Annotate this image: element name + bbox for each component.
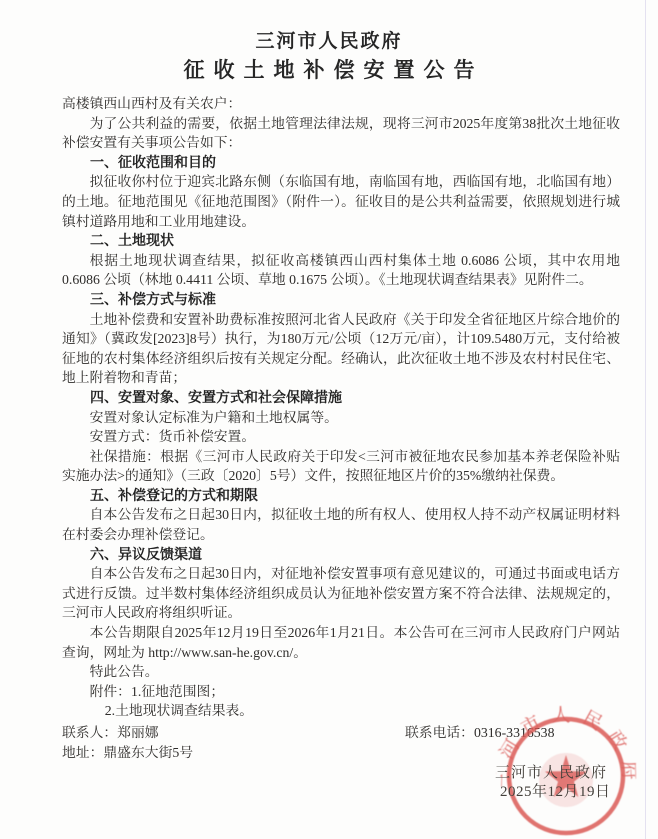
title-authority: 三河市人民政府 (0, 29, 658, 54)
section-paragraph: 根据土地现状调查结果，拟征收高楼镇西山西村集体土地 0.6086 公顷，其中农用… (62, 251, 620, 290)
intro-paragraph: 为了公共利益的需要，依据土地管理法律法规，现将三河市2025年度第38批次土地征… (62, 114, 620, 153)
section-paragraph: 自本公告发布之日起30日内，拟征收土地的所有权人、使用权人持不动产权属证明材料在… (62, 505, 620, 544)
section-paragraph: 安置方式：货币补偿安置。 (62, 427, 620, 447)
announcement-document: 三河市人民政府 征收土地补偿安置公告 高楼镇西山西村及有关农户： 为了公共利益的… (0, 0, 658, 839)
section-paragraph: 安置对象认定标准为户籍和土地权属等。 (62, 408, 620, 428)
document-header: 三河市人民政府 征收土地补偿安置公告 (0, 0, 658, 85)
contact-person: 联系人：郑丽娜 (62, 725, 159, 740)
signature-authority: 三河市人民政府 (495, 761, 607, 782)
page-title: 征收土地补偿安置公告 (0, 56, 658, 85)
section-scope-purpose: 一、征收范围和目的 拟征收你村位于迎宾北路东侧（东临国有地，南临国有地，西临国有… (62, 153, 620, 231)
scan-artifact-line (645, 0, 646, 839)
closing-paragraph: 特此公告。 (62, 662, 620, 682)
section-paragraph: 土地补偿费和安置补助费标准按照河北省人民政府《关于印发全省征地区片综合地价的通知… (62, 310, 620, 388)
section-heading: 六、异议反馈渠道 (62, 545, 620, 565)
section-heading: 二、土地现状 (62, 231, 620, 251)
section-registration: 五、补偿登记的方式和期限 自本公告发布之日起30日内，拟征收土地的所有权人、使用… (62, 486, 620, 545)
section-heading: 五、补偿登记的方式和期限 (62, 486, 620, 506)
section-paragraph: 本公告期限自2025年12月19日至2026年1月21日。本公告可在三河市人民政… (62, 623, 620, 662)
section-heading: 四、安置对象、安置方式和社会保障措施 (62, 388, 620, 408)
section-resettlement: 四、安置对象、安置方式和社会保障措施 安置对象认定标准为户籍和土地权属等。 安置… (62, 388, 620, 486)
attachments-line-1: 附件：1.征地范围图； (62, 682, 620, 702)
section-heading: 一、征收范围和目的 (62, 153, 620, 173)
section-paragraph: 自本公告发布之日起30日内，对征地补偿安置事项有意见建议的，可通过书面或电话方式… (62, 564, 620, 623)
document-body: 高楼镇西山西村及有关农户： 为了公共利益的需要，依据土地管理法律法规，现将三河市… (62, 94, 620, 762)
salutation: 高楼镇西山西村及有关农户： (62, 94, 620, 114)
section-compensation-standard: 三、补偿方式与标准 土地补偿费和安置补助费标准按照河北省人民政府《关于印发全省征… (62, 290, 620, 388)
section-paragraph: 社保措施：根据《三河市人民政府关于印发<三河市被征地农民参加基本养老保险补贴实施… (62, 447, 620, 486)
section-land-status: 二、土地现状 根据土地现状调查结果，拟征收高楼镇西山西村集体土地 0.6086 … (62, 231, 620, 290)
section-paragraph: 拟征收你村位于迎宾北路东侧（东临国有地，南临国有地，西临国有地，北临国有地）的土… (62, 172, 620, 231)
section-heading: 三、补偿方式与标准 (62, 290, 620, 310)
signature-date: 2025年12月19日 (500, 780, 611, 801)
section-objection-feedback: 六、异议反馈渠道 自本公告发布之日起30日内，对征地补偿安置事项有意见建议的，可… (62, 545, 620, 663)
